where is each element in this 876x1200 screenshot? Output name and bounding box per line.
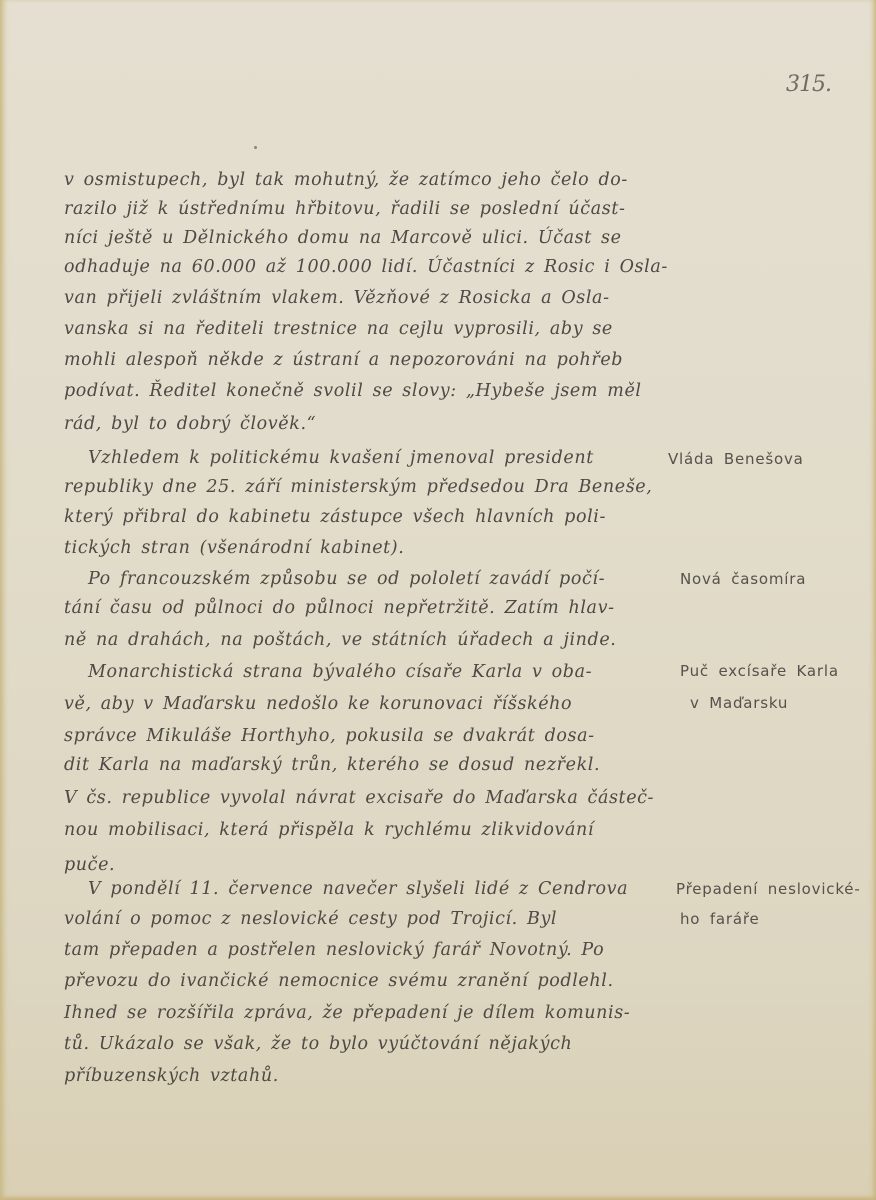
text-line: V čs. republice vyvolal návrat excisaře …: [64, 788, 654, 808]
text-line: vanska si na řediteli trestnice na cejlu…: [64, 319, 613, 339]
text-line: v osmistupech, byl tak mohutný, že zatím…: [64, 170, 628, 190]
text-line: nou mobilisaci, která přispěla k rychlém…: [64, 820, 594, 840]
ink-speck: [254, 146, 257, 149]
text-line: puče.: [64, 855, 115, 875]
page-number: 315.: [786, 72, 831, 97]
text-line: níci ještě u Dělnického domu na Marcově …: [64, 228, 622, 248]
margin-note: Přepadení neslovické-: [676, 880, 861, 898]
text-line: V pondělí 11. července navečer slyšeli l…: [88, 879, 628, 899]
text-line: volání o pomoc z neslovické cesty pod Tr…: [64, 909, 557, 929]
text-line: příbuzenských vztahů.: [64, 1066, 279, 1086]
text-line: republiky dne 25. září ministerským před…: [64, 477, 652, 497]
text-line: Monarchistická strana bývalého císaře Ka…: [88, 662, 592, 682]
text-line: Po francouzském způsobu se od pololetí z…: [88, 569, 605, 589]
text-line: který přibral do kabinetu zástupce všech…: [64, 507, 606, 527]
margin-note: Nová časomíra: [680, 570, 806, 588]
text-line: rád, byl to dobrý člověk.“: [64, 414, 316, 434]
text-line: van přijeli zvláštním vlakem. Vězňové z …: [64, 288, 610, 308]
margin-note: Vláda Benešova: [668, 450, 804, 468]
text-line: odhaduje na 60.000 až 100.000 lidí. Účas…: [64, 257, 668, 277]
text-line: dit Karla na maďarský trůn, kterého se d…: [64, 755, 600, 775]
text-line: tam přepaden a postřelen neslovický fará…: [64, 940, 604, 960]
text-line: vě, aby v Maďarsku nedošlo ke korunovaci…: [64, 694, 572, 714]
text-line: Ihned se rozšířila zpráva, že přepadení …: [64, 1003, 630, 1023]
text-line: mohli alespoň někde z ústraní a nepozoro…: [64, 350, 623, 370]
text-line: tů. Ukázalo se však, že to bylo vyúčtová…: [64, 1034, 572, 1054]
margin-note: v Maďarsku: [690, 694, 788, 712]
text-line: správce Mikuláše Horthyho, pokusila se d…: [64, 726, 595, 746]
text-line: tání času od půlnoci do půlnoci nepřetrž…: [64, 598, 615, 618]
text-line: podívat. Ředitel konečně svolil se slovy…: [64, 381, 642, 401]
text-line: razilo již k ústřednímu hřbitovu, řadili…: [64, 199, 625, 219]
margin-note: Puč excísaře Karla: [680, 662, 839, 680]
manuscript-page: 315. v osmistupech, byl tak mohutný, že …: [0, 0, 876, 1200]
text-line: převozu do ivančické nemocnice svému zra…: [64, 971, 614, 991]
text-line: tických stran (všenárodní kabinet).: [64, 538, 404, 558]
text-line: Vzhledem k politickému kvašení jmenoval …: [88, 448, 594, 468]
margin-note: ho faráře: [680, 910, 760, 928]
text-line: ně na drahách, na poštách, ve státních ú…: [64, 630, 616, 650]
